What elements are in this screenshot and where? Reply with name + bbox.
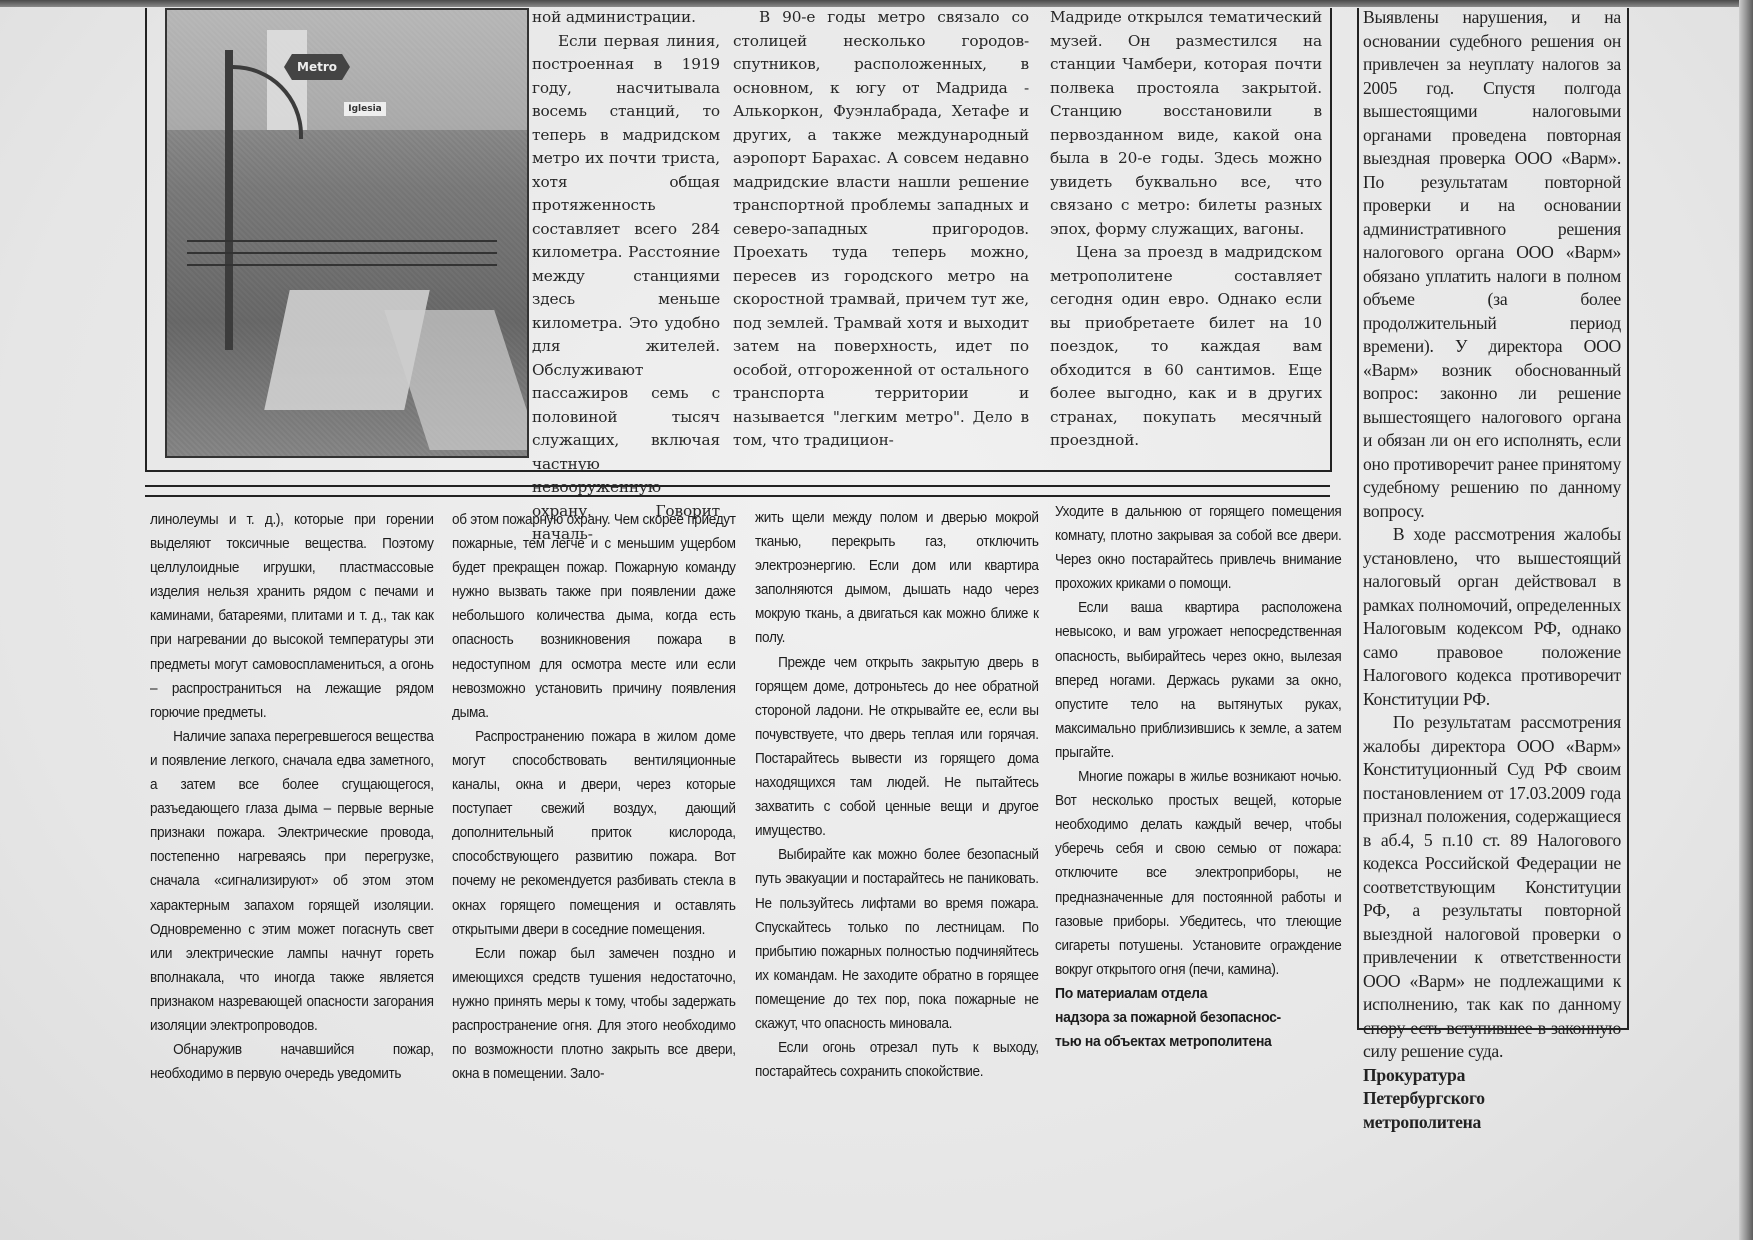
top-box-right-border [1330,8,1332,472]
legal-box-right-border [1627,8,1629,1030]
paragraph: Распространению пожара в жилом доме могу… [452,725,736,942]
paragraph: Многие пожары в жилье возникают ночью. В… [1055,765,1341,982]
paragraph: Если ваша квартира расположена невысоко,… [1055,596,1341,765]
top-box-bottom-border [145,470,1332,472]
metro-entrance-photo: Metro Iglesia [165,8,529,458]
metro-article-column-1: ной администрации. Если первая линия, по… [532,6,720,547]
paragraph: ной администрации. [532,6,720,30]
paragraph: жить щели между полом и дверью мокрой тк… [755,506,1039,651]
paragraph: Уходите в дальнюю от горящего помещения … [1055,500,1341,596]
station-name-sign: Iglesia [344,102,386,116]
article-credit: По материалам отдела [1055,982,1341,1006]
paragraph: В ходе рассмотрения жалобы установлено, … [1363,523,1621,711]
metro-article-column-3: Мадриде открылся тематический музей. Он … [1050,6,1322,453]
paragraph: Если пожар был замечен поздно и имеющихс… [452,942,736,1087]
section-divider-rule [145,485,1330,487]
fire-article-column-4: Уходите в дальнюю от горящего помещения … [1055,500,1341,1054]
paragraph: Наличие запаха перегревшегося вещества и… [150,725,434,1038]
paragraph: Выбирайте как можно более безопасный пут… [755,843,1039,1036]
metro-sign: Metro [284,54,350,80]
signature-line: метрополитена [1363,1111,1621,1135]
paragraph: По результатам рассмотрения жалобы дирек… [1363,711,1621,1064]
legal-box-left-border [1357,8,1359,1030]
article-credit: тью на объектах метрополитена [1055,1030,1341,1054]
scan-edge-right [1739,0,1753,1240]
paragraph: Обнаружив начавшийся пожар, необходимо в… [150,1038,434,1086]
signature-line: Петербургского [1363,1087,1621,1111]
paragraph: Если огонь отрезал путь к выходу, постар… [755,1036,1039,1084]
fire-article-column-1: линолеумы и т. д.), которые при горении … [150,508,434,1086]
top-box-left-border [145,8,147,472]
photo-railings [187,240,497,242]
paragraph: В 90-е годы метро связало со столицей не… [733,6,1029,453]
paragraph: Цена за проезд в мадридском метрополитен… [1050,241,1322,453]
paragraph: Если первая линия, построенная в 1919 го… [532,30,720,547]
fire-article-column-3: жить щели между полом и дверью мокрой тк… [755,506,1039,1084]
article-credit: надзора за пожарной безопаснос- [1055,1006,1341,1030]
paragraph: Выявлены нарушения, и на основании судеб… [1363,6,1621,523]
signature-line: Прокуратура [1363,1064,1621,1088]
paragraph: об этом пожарную охрану. Чем скорее прие… [452,508,736,725]
paragraph: линолеумы и т. д.), которые при горении … [150,508,434,725]
fire-article-column-2: об этом пожарную охрану. Чем скорее прие… [452,508,736,1086]
paragraph: Прежде чем открыть закрытую дверь в горя… [755,651,1039,844]
metro-article-column-2: В 90-е годы метро связало со столицей не… [733,6,1029,453]
paragraph: Мадриде открылся тематический музей. Он … [1050,6,1322,241]
section-divider-rule [145,495,1330,497]
legal-article-column: Выявлены нарушения, и на основании судеб… [1363,6,1621,1134]
